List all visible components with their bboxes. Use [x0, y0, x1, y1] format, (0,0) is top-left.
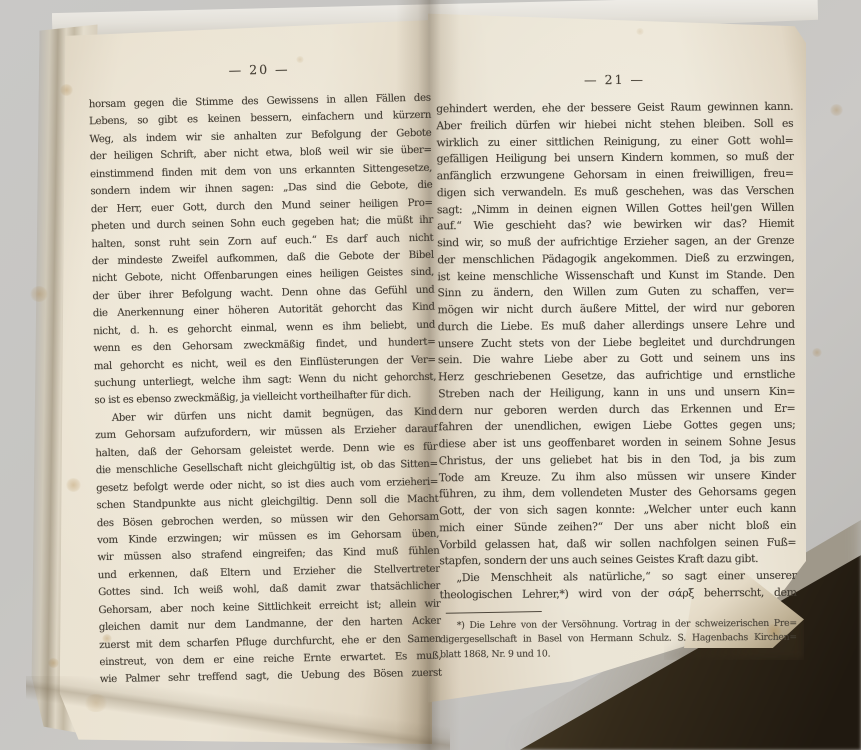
text-line: anfänglich erzwungene Gehorsam in einen … — [437, 166, 794, 185]
text-line: der menschlichen Pädagogik angekommen. D… — [437, 249, 794, 268]
text-line: mich einer Sünde zeihen?“ Der uns aber n… — [439, 517, 796, 536]
text-line: Herz geschriebenen Gesetze, das aufricht… — [438, 367, 795, 386]
text-line: blatt 1868, Nr. 9 und 10. — [440, 646, 797, 663]
footnote-text: *) Die Lehre von der Versöhnung. Vortrag… — [440, 616, 797, 663]
page-left-text: horsam gegen die Stimme des Gewissens in… — [89, 90, 442, 689]
text-line: Aber freilich dürfen wir hiebei nicht st… — [436, 116, 793, 135]
text-line: Streben nach der Heiligung, kann in uns … — [438, 383, 795, 402]
page-left-content: — 20 — horsam gegen die Stimme des Gewis… — [88, 59, 442, 705]
text-line: digergesellschaft in Basel von Hermann S… — [440, 631, 797, 648]
text-line: mögen wir nicht durch äußere Mittel, der… — [438, 300, 795, 319]
foxing-spot — [60, 84, 73, 96]
book-photo: — 20 — horsam gegen die Stimme des Gewis… — [0, 0, 861, 750]
text-line: Gott, der von sich sagen konnte: „Welche… — [439, 501, 796, 520]
text-line: diese aber ist uns geoffenbaret worden i… — [439, 434, 796, 453]
foxing-spot — [30, 286, 48, 302]
footnote-separator — [446, 611, 542, 614]
foxing-spot — [830, 104, 843, 116]
text-line: Christus, der uns geliebet hat bis in de… — [439, 450, 796, 469]
text-line: digen sich verwandeln. Es muß geschehen,… — [437, 183, 794, 202]
page-right-content: — 21 — gehindert werden, ehe der bessere… — [436, 71, 797, 693]
text-line: theologischen Lehrer,*) wird von der σάρ… — [440, 584, 797, 603]
foxing-spot — [66, 478, 81, 492]
page-number-right: — 21 — — [436, 71, 793, 89]
foxing-spot — [48, 658, 59, 668]
text-line: sind wir, so muß der aufrichtige Erziehe… — [437, 233, 794, 252]
text-line: gehindert werden, ehe der bessere Geist … — [436, 99, 793, 118]
foxing-spot — [636, 28, 644, 35]
page-right-text: gehindert werden, ehe der bessere Geist … — [436, 99, 796, 604]
text-line: durch die Liebe. Es muß daher allerdings… — [438, 316, 795, 335]
foxing-spot — [812, 348, 822, 357]
